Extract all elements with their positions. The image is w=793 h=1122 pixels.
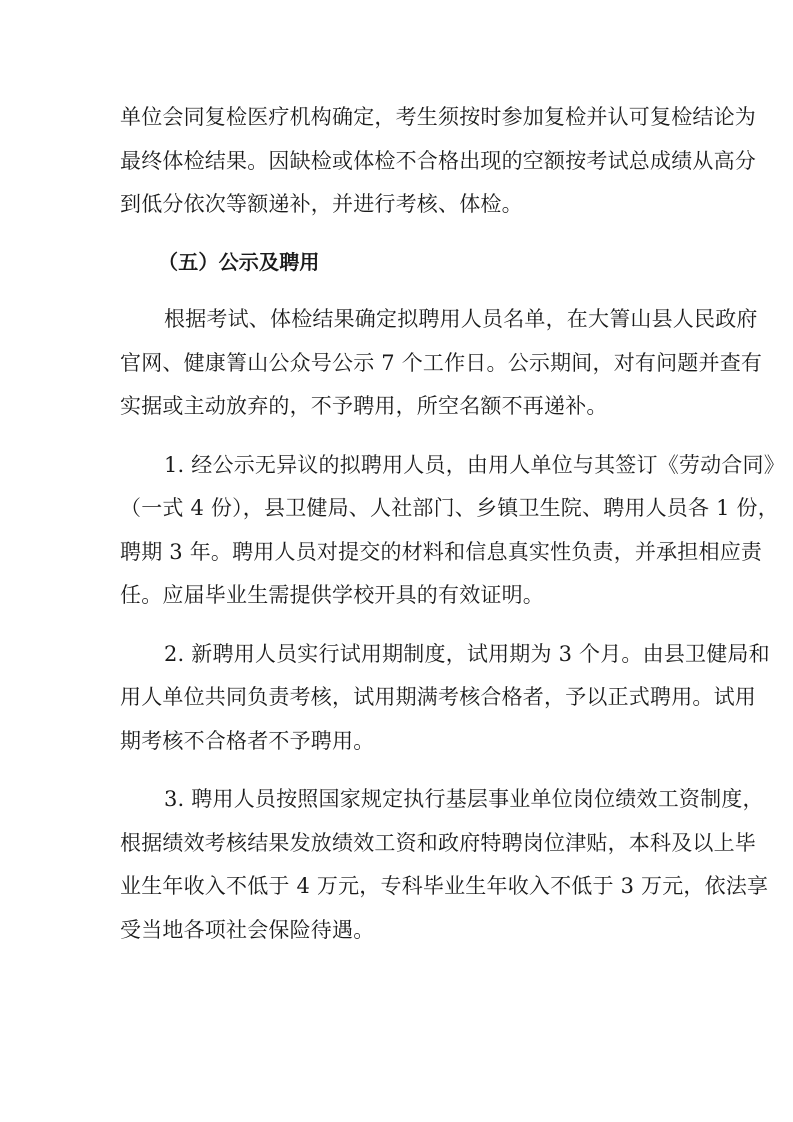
text-line: 受当地各项社会保险待遇。 — [120, 909, 676, 953]
text-line: 任。应届毕业生需提供学校开具的有效证明。 — [120, 574, 676, 618]
text-line: （一式 4 份），县卫健局、人社部门、乡镇卫生院、聘用人员各 1 份， — [120, 487, 676, 531]
section-heading-text: （五）公示及聘用 — [120, 241, 676, 285]
text-line: 业生年收入不低于 4 万元，专科毕业生年收入不低于 3 万元，依法享 — [120, 865, 676, 909]
text-line: 2. 新聘用人员实行试用期制度，试用期为 3 个月。由县卫健局和 — [120, 633, 676, 677]
section-heading: （五）公示及聘用 — [120, 241, 676, 285]
text-line: 根据考试、体检结果确定拟聘用人员名单，在大箐山县人民政府 — [120, 298, 676, 342]
text-line: 根据绩效考核结果发放绩效工资和政府特聘岗位津贴，本科及以上毕 — [120, 822, 676, 866]
continuation-paragraph: 单位会同复检医疗机构确定，考生须按时参加复检并认可复检结论为 最终体检结果。因缺… — [120, 96, 676, 227]
text-line: 期考核不合格者不予聘用。 — [120, 720, 676, 764]
paragraph-item-2: 2. 新聘用人员实行试用期制度，试用期为 3 个月。由县卫健局和 用人单位共同负… — [120, 633, 676, 764]
text-line: 最终体检结果。因缺检或体检不合格出现的空额按考试总成绩从高分 — [120, 140, 676, 184]
paragraph-item-1: 1. 经公示无异议的拟聘用人员，由用人单位与其签订《劳动合同》 （一式 4 份）… — [120, 444, 676, 618]
text-line: 单位会同复检医疗机构确定，考生须按时参加复检并认可复检结论为 — [120, 96, 676, 140]
text-line: 官网、健康箐山公众号公示 7 个工作日。公示期间，对有问题并查有 — [120, 342, 676, 386]
document-page: 单位会同复检医疗机构确定，考生须按时参加复检并认可复检结论为 最终体检结果。因缺… — [120, 96, 676, 967]
paragraph-publicity: 根据考试、体检结果确定拟聘用人员名单，在大箐山县人民政府 官网、健康箐山公众号公… — [120, 298, 676, 429]
text-line: 聘期 3 年。聘用人员对提交的材料和信息真实性负责，并承担相应责 — [120, 531, 676, 575]
text-line: 到低分依次等额递补，并进行考核、体检。 — [120, 183, 676, 227]
text-line: 3. 聘用人员按照国家规定执行基层事业单位岗位绩效工资制度， — [120, 778, 676, 822]
paragraph-item-3: 3. 聘用人员按照国家规定执行基层事业单位岗位绩效工资制度， 根据绩效考核结果发… — [120, 778, 676, 952]
text-line: 实据或主动放弃的，不予聘用，所空名额不再递补。 — [120, 385, 676, 429]
text-line: 用人单位共同负责考核，试用期满考核合格者，予以正式聘用。试用 — [120, 676, 676, 720]
text-line: 1. 经公示无异议的拟聘用人员，由用人单位与其签订《劳动合同》 — [120, 444, 676, 488]
